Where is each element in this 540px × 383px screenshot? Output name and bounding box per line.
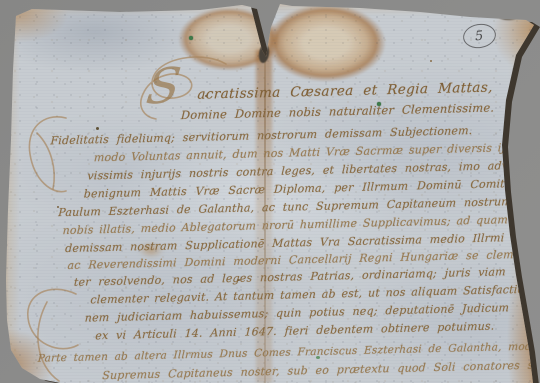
- manuscript-photo: S acratissima Cæsarea et Regia Mattas, D…: [0, 0, 540, 383]
- ink-speck: [430, 60, 432, 62]
- green-speck: [377, 102, 381, 106]
- green-speck: [316, 356, 320, 359]
- folio-number: 5: [475, 28, 485, 44]
- ink-speck: [205, 95, 207, 97]
- manuscript-line: ex vi Articuli 14. Anni 1647. fieri debe…: [95, 320, 495, 343]
- green-speck: [189, 36, 193, 40]
- ink-speck: [96, 127, 99, 130]
- illuminated-initial-s: S: [143, 57, 184, 117]
- manuscript-page: S acratissima Cæsarea et Regia Mattas, D…: [0, 0, 540, 383]
- ink-speck: [57, 206, 59, 208]
- salutation-line: Domine Domine nobis naturaliter Clementi…: [181, 100, 495, 122]
- salutation-line: acratissima Cæsarea et Regia Mattas,: [197, 80, 493, 103]
- ink-speck: [237, 279, 240, 281]
- handwriting-block: S acratissima Cæsarea et Regia Mattas, D…: [0, 0, 540, 383]
